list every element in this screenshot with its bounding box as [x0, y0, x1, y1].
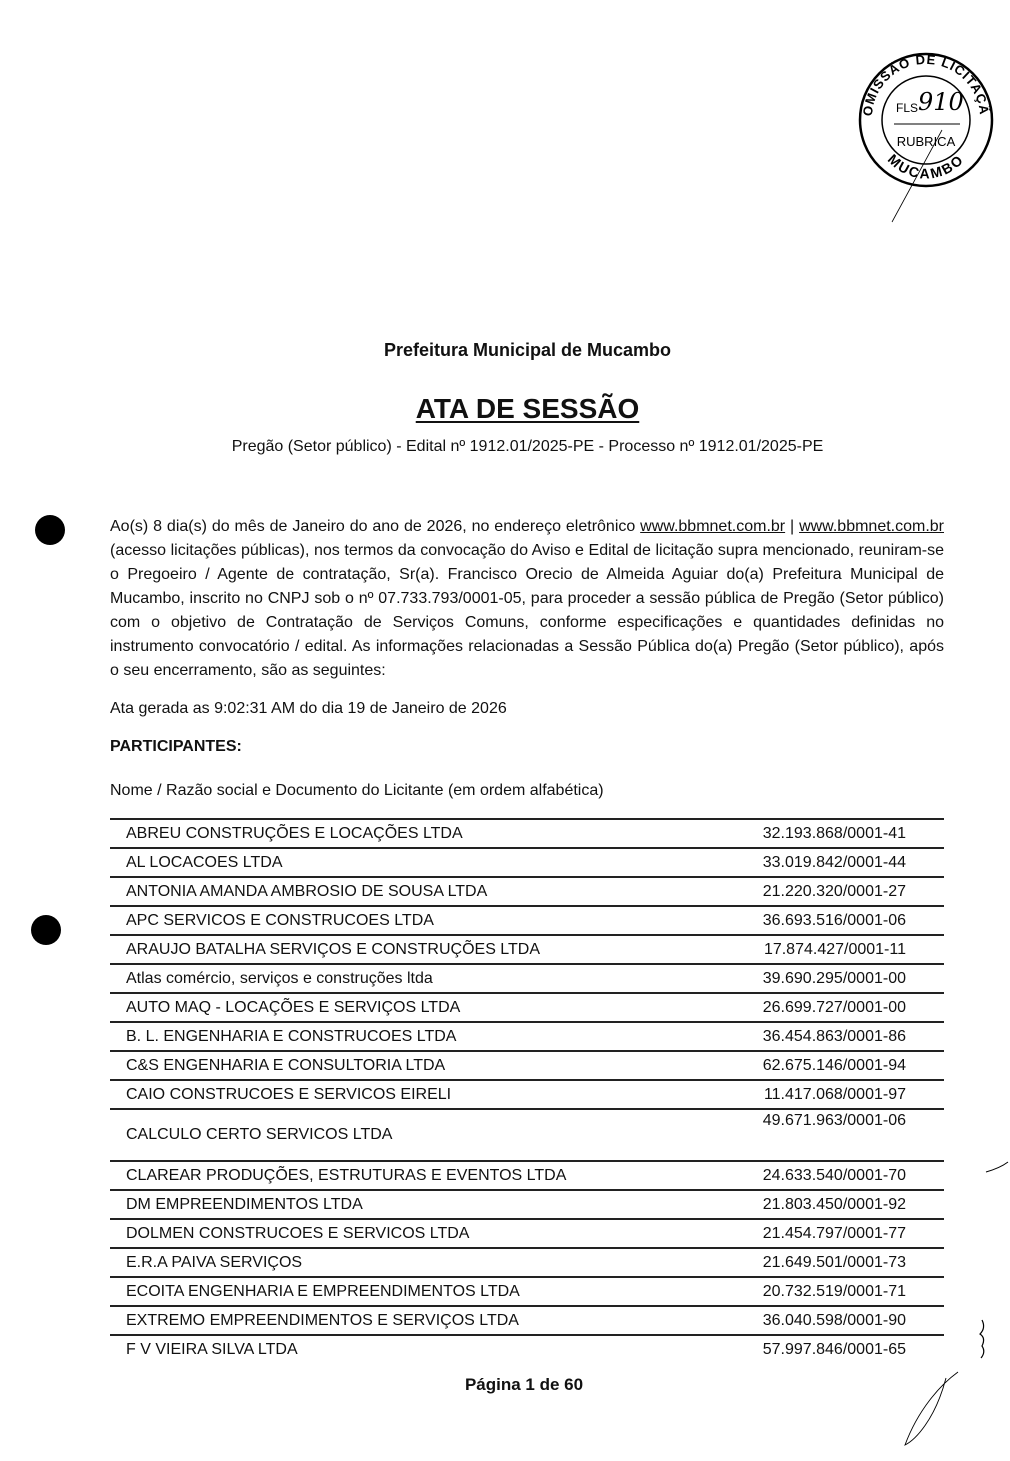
- document-title: ATA DE SESSÃO: [0, 393, 1010, 425]
- participant-name: C&S ENGENHARIA E CONSULTORIA LTDA: [110, 1051, 690, 1080]
- participant-document: 49.671.963/0001-06: [690, 1109, 944, 1161]
- participant-row: Atlas comércio, serviços e construções l…: [110, 964, 944, 993]
- participant-document: 36.693.516/0001-06: [690, 906, 944, 935]
- participant-document: 33.019.842/0001-44: [690, 848, 944, 877]
- participant-document: 11.417.068/0001-97: [690, 1080, 944, 1109]
- punch-hole: [35, 515, 65, 545]
- participant-document: 57.997.846/0001-65: [690, 1335, 944, 1363]
- participant-name: ABREU CONSTRUÇÕES E LOCAÇÕES LTDA: [110, 819, 690, 848]
- participant-document: 36.040.598/0001-90: [690, 1306, 944, 1335]
- participant-name: EXTREMO EMPREENDIMENTOS E SERVIÇOS LTDA: [110, 1306, 690, 1335]
- participant-row: ECOITA ENGENHARIA E EMPREENDIMENTOS LTDA…: [110, 1277, 944, 1306]
- participant-name: DOLMEN CONSTRUCOES E SERVICOS LTDA: [110, 1219, 690, 1248]
- organization-name: Prefeitura Municipal de Mucambo: [0, 340, 1010, 361]
- intro-paragraph: Ao(s) 8 dia(s) do mês de Janeiro do ano …: [110, 515, 944, 683]
- participant-name: APC SERVICOS E CONSTRUCOES LTDA: [110, 906, 690, 935]
- participants-table: ABREU CONSTRUÇÕES E LOCAÇÕES LTDA32.193.…: [110, 818, 944, 1363]
- intro-text-2: (acesso licitações públicas), nos termos…: [110, 542, 944, 679]
- participant-name: CAIO CONSTRUCOES E SERVICOS EIRELI: [110, 1080, 690, 1109]
- participant-document: 36.454.863/0001-86: [690, 1022, 944, 1051]
- participant-name: Atlas comércio, serviços e construções l…: [110, 964, 690, 993]
- intro-text-1: Ao(s) 8 dia(s) do mês de Janeiro do ano …: [110, 518, 640, 535]
- participants-caption: Nome / Razão social e Documento do Licit…: [110, 782, 604, 800]
- participant-name: CLAREAR PRODUÇÕES, ESTRUTURAS E EVENTOS …: [110, 1161, 690, 1190]
- stamp-ring-bottom-text: MUCAMBO: [885, 151, 967, 182]
- stamp-folio-label: FLS: [896, 101, 918, 115]
- participant-document: 32.193.868/0001-41: [690, 819, 944, 848]
- initials-mark: [980, 1320, 984, 1358]
- page-number: Página 1 de 60: [0, 1375, 1010, 1395]
- bbmnet-link-2[interactable]: www.bbmnet.com.br: [799, 518, 944, 535]
- stamp-folio-number: 910: [918, 88, 964, 116]
- participant-name: E.R.A PAIVA SERVIÇOS: [110, 1248, 690, 1277]
- participant-row: F V VIEIRA SILVA LTDA57.997.846/0001-65: [110, 1335, 944, 1363]
- participant-document: 21.454.797/0001-77: [690, 1219, 944, 1248]
- participant-name: ECOITA ENGENHARIA E EMPREENDIMENTOS LTDA: [110, 1277, 690, 1306]
- participant-name: DM EMPREENDIMENTOS LTDA: [110, 1190, 690, 1219]
- participant-name: AL LOCACOES LTDA: [110, 848, 690, 877]
- participant-name: ARAUJO BATALHA SERVIÇOS E CONSTRUÇÕES LT…: [110, 935, 690, 964]
- participant-row: EXTREMO EMPREENDIMENTOS E SERVIÇOS LTDA3…: [110, 1306, 944, 1335]
- participant-name: F V VIEIRA SILVA LTDA: [110, 1335, 690, 1363]
- participant-name: B. L. ENGENHARIA E CONSTRUCOES LTDA: [110, 1022, 690, 1051]
- participants-heading: PARTICIPANTES:: [110, 738, 242, 756]
- participant-document: 62.675.146/0001-94: [690, 1051, 944, 1080]
- participant-row: CLAREAR PRODUÇÕES, ESTRUTURAS E EVENTOS …: [110, 1161, 944, 1190]
- svg-text:MUCAMBO: MUCAMBO: [885, 151, 967, 182]
- participant-document: 24.633.540/0001-70: [690, 1161, 944, 1190]
- participant-document: 21.220.320/0001-27: [690, 877, 944, 906]
- participant-name: AUTO MAQ - LOCAÇÕES E SERVIÇOS LTDA: [110, 993, 690, 1022]
- participant-row: AL LOCACOES LTDA33.019.842/0001-44: [110, 848, 944, 877]
- participant-document: 21.649.501/0001-73: [690, 1248, 944, 1277]
- participant-row: DM EMPREENDIMENTOS LTDA21.803.450/0001-9…: [110, 1190, 944, 1219]
- participant-row: CALCULO CERTO SERVICOS LTDA49.671.963/00…: [110, 1109, 944, 1161]
- participant-row: CAIO CONSTRUCOES E SERVICOS EIRELI11.417…: [110, 1080, 944, 1109]
- participant-row: DOLMEN CONSTRUCOES E SERVICOS LTDA21.454…: [110, 1219, 944, 1248]
- participant-name: ANTONIA AMANDA AMBROSIO DE SOUSA LTDA: [110, 877, 690, 906]
- participant-row: AUTO MAQ - LOCAÇÕES E SERVIÇOS LTDA26.69…: [110, 993, 944, 1022]
- participant-row: APC SERVICOS E CONSTRUCOES LTDA36.693.51…: [110, 906, 944, 935]
- participant-document: 39.690.295/0001-00: [690, 964, 944, 993]
- bbmnet-link[interactable]: www.bbmnet.com.br: [640, 518, 785, 535]
- participant-document: 20.732.519/0001-71: [690, 1277, 944, 1306]
- participant-row: B. L. ENGENHARIA E CONSTRUCOES LTDA36.45…: [110, 1022, 944, 1051]
- participant-name: CALCULO CERTO SERVICOS LTDA: [110, 1109, 690, 1161]
- participant-document: 21.803.450/0001-92: [690, 1190, 944, 1219]
- participant-row: E.R.A PAIVA SERVIÇOS21.649.501/0001-73: [110, 1248, 944, 1277]
- punch-hole: [31, 915, 61, 945]
- generated-timestamp: Ata gerada as 9:02:31 AM do dia 19 de Ja…: [110, 700, 507, 718]
- participant-row: ARAUJO BATALHA SERVIÇOS E CONSTRUÇÕES LT…: [110, 935, 944, 964]
- participant-row: ABREU CONSTRUÇÕES E LOCAÇÕES LTDA32.193.…: [110, 819, 944, 848]
- commission-stamp: COMISSÃO DE LICITAÇÃO MUCAMBO FLS 910 RU…: [852, 48, 1000, 228]
- participant-document: 26.699.727/0001-00: [690, 993, 944, 1022]
- link-separator: |: [785, 518, 799, 535]
- stamp-signature-label: RUBRICA: [897, 134, 956, 149]
- document-subtitle: Pregão (Setor público) - Edital nº 1912.…: [0, 438, 1010, 456]
- participant-document: 17.874.427/0001-11: [690, 935, 944, 964]
- participant-row: C&S ENGENHARIA E CONSULTORIA LTDA62.675.…: [110, 1051, 944, 1080]
- participant-row: ANTONIA AMANDA AMBROSIO DE SOUSA LTDA21.…: [110, 877, 944, 906]
